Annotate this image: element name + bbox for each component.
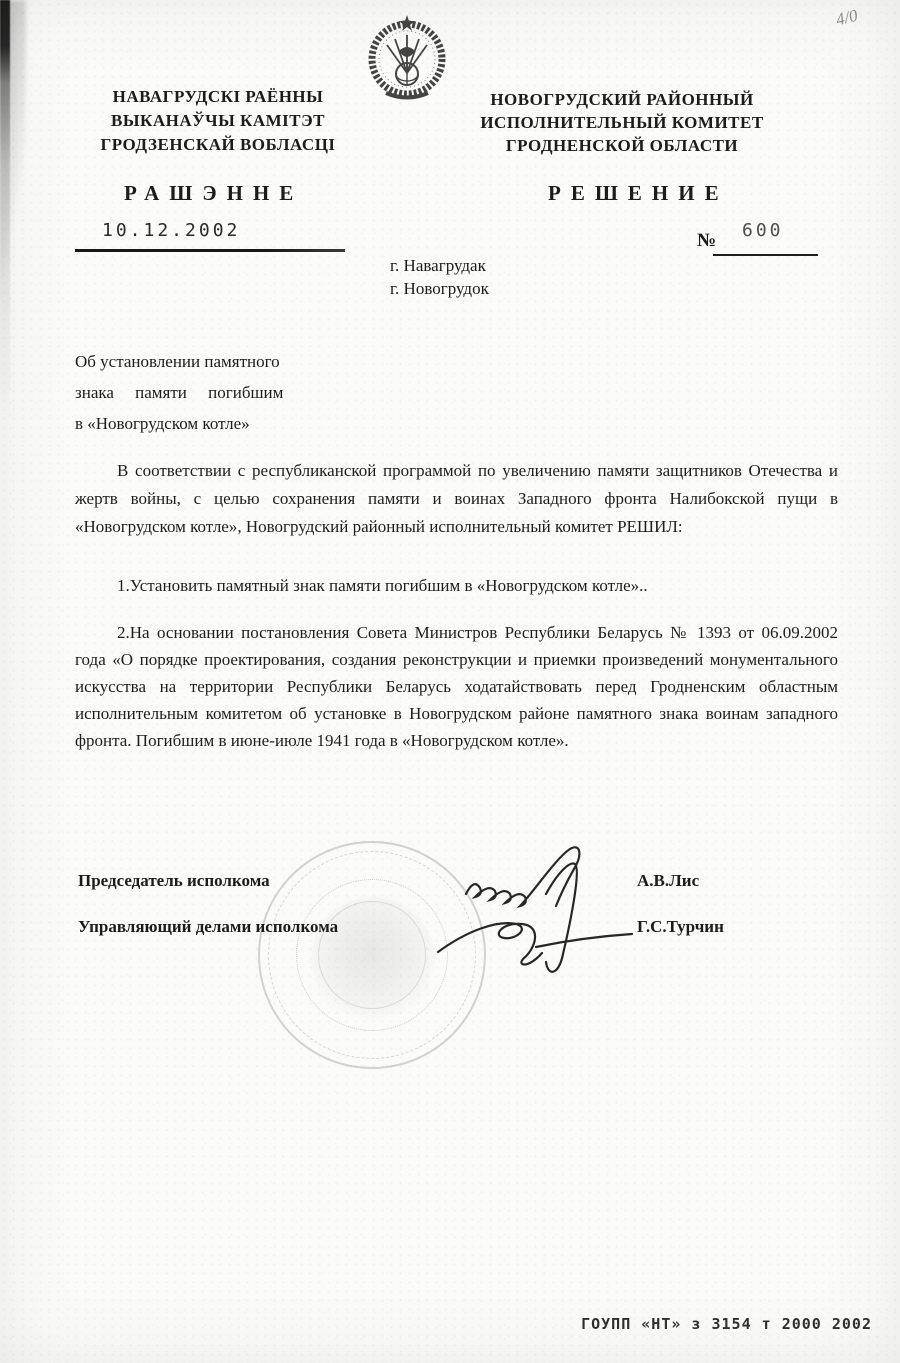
doc-type-russian: РЕШЕНИЕ bbox=[548, 181, 729, 206]
signature-stroke-manager-flourish bbox=[546, 864, 577, 972]
seal-core-ring bbox=[308, 891, 436, 1019]
seal-inner-ring bbox=[282, 865, 462, 1045]
signature-title-chairman: Председатель исполкома bbox=[78, 871, 270, 891]
body-paragraph-item-2: 2.На основании постановления Совета Мини… bbox=[75, 619, 838, 754]
org-left-line: ГРОДЗЕНСКАЙ ВОБЛАСЦІ bbox=[68, 133, 368, 157]
date-underline bbox=[75, 249, 345, 252]
org-right-line: ИСПОЛНИТЕЛЬНЫЙ КОМИТЕТ bbox=[442, 111, 802, 134]
handwritten-signatures bbox=[420, 828, 660, 1003]
seal-dashed-ring bbox=[249, 832, 496, 1079]
signature-name-chairman: А.В.Лис bbox=[637, 871, 699, 891]
signature-title-manager: Управляющий делами исполкома bbox=[78, 917, 338, 937]
seal-outer-ring bbox=[237, 820, 507, 1090]
scan-edge-shadow bbox=[0, 0, 26, 300]
number-label: № bbox=[697, 230, 716, 252]
org-left-line: НАВАГРУДСКІ РАЁННЫ bbox=[68, 85, 368, 109]
body-paragraph-preamble: В соответствии с республиканской програм… bbox=[75, 457, 838, 541]
body-paragraph-item-1: 1.Установить памятный знак памяти погибш… bbox=[75, 572, 838, 600]
place-line-belarusian: г. Навагрудак bbox=[390, 254, 489, 277]
issuer-name-belarusian: НАВАГРУДСКІ РАЁННЫ ВЫКАНАЎЧЫ КАМІТЭТ ГРО… bbox=[68, 85, 368, 157]
signature-stroke-manager-tail bbox=[536, 934, 632, 947]
handwritten-corner-mark: 4/0 bbox=[834, 6, 860, 31]
signature-stroke-chairman bbox=[466, 847, 579, 906]
number-underline bbox=[713, 254, 818, 256]
scanned-document-page: 4/0 НАВАГРУДСКІ РАЁННЫ ВЫКАНАЎЧЫ КАМІТЭТ… bbox=[0, 0, 900, 1363]
official-round-seal bbox=[237, 820, 507, 1090]
subject-line: знака памяти погибшим bbox=[75, 377, 315, 408]
subject-line: Об установлении памятного bbox=[75, 346, 315, 377]
seal-ink-blot bbox=[299, 885, 446, 1032]
document-date: 10.12.2002 bbox=[102, 220, 240, 241]
org-right-line: НОВОГРУДСКИЙ РАЙОННЫЙ bbox=[442, 88, 802, 111]
org-left-line: ВЫКАНАЎЧЫ КАМІТЭТ bbox=[68, 109, 368, 133]
place-line-russian: г. Новогрудок bbox=[390, 277, 489, 300]
doc-type-belarusian: РАШЭННЕ bbox=[124, 181, 303, 206]
belarus-coat-of-arms-icon bbox=[366, 13, 448, 106]
document-subject: Об установлении памятного знака памяти п… bbox=[75, 346, 315, 439]
document-number: 600 bbox=[742, 220, 784, 241]
org-right-line: ГРОДНЕНСКОЙ ОБЛАСТИ bbox=[442, 134, 802, 157]
issuer-name-russian: НОВОГРУДСКИЙ РАЙОННЫЙ ИСПОЛНИТЕЛЬНЫЙ КОМ… bbox=[442, 88, 802, 157]
signature-stroke-manager bbox=[438, 923, 542, 964]
print-shop-code: ГОУПП «НТ» з 3154 т 2000 2002 bbox=[581, 1315, 872, 1333]
place-of-issue: г. Навагрудак г. Новогрудок bbox=[390, 254, 489, 300]
signature-name-manager: Г.С.Турчин bbox=[637, 917, 724, 937]
subject-line: в «Новогрудском котле» bbox=[75, 408, 315, 439]
